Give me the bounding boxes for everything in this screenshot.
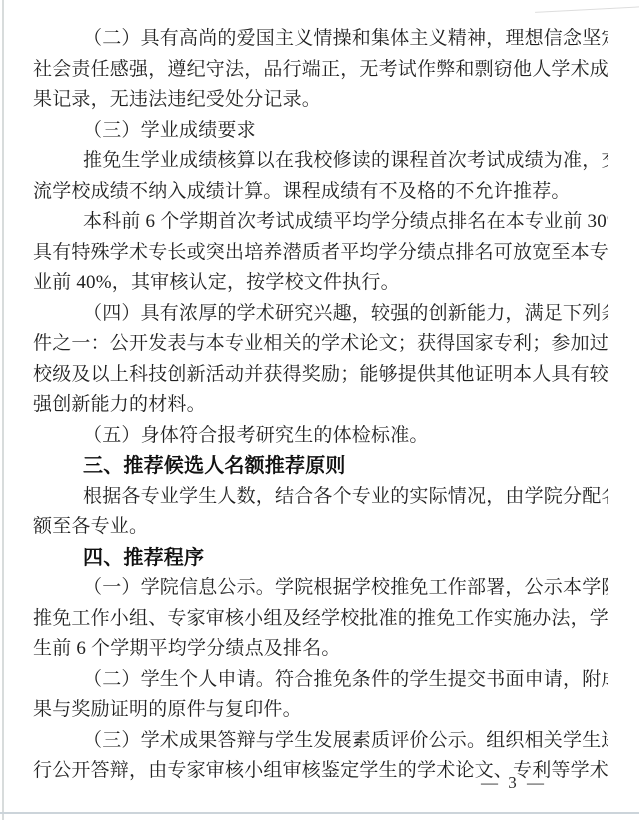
body-line: （一）学院信息公示。学院根据学校推免工作部署，公示本学院: [33, 573, 608, 604]
body-line: 推免工作小组、专家审核小组及经学校批准的推免工作实施办法，学: [33, 604, 608, 635]
scan-top-artifact-line: [535, 6, 639, 13]
page-number: — 3 —: [481, 772, 547, 794]
body-line: 果与奖励证明的原件与复印件。: [33, 695, 608, 726]
body-line: 推免生学业成绩核算以在我校修读的课程首次考试成绩为准，交: [33, 146, 608, 177]
body-line: （五）身体符合报考研究生的体检标准。: [33, 421, 608, 452]
document-page: （二）具有高尚的爱国主义情操和集体主义精神，理想信念坚定， 社会责任感强，遵纪守…: [0, 0, 639, 820]
body-line: 流学校成绩不纳入成绩计算。课程成绩有不及格的不允许推荐。: [33, 177, 608, 208]
body-line: 本科前 6 个学期首次考试成绩平均学分绩点排名在本专业前 30%。: [33, 207, 608, 238]
body-line: 生前 6 个学期平均学分绩点及排名。: [33, 634, 608, 665]
subsection-heading: （三）学业成绩要求: [33, 116, 608, 147]
scan-left-edge-line: [2, 0, 4, 820]
body-line: 业前 40%，其审核认定，按学校文件执行。: [33, 268, 608, 299]
body-line: 额至各专业。: [33, 512, 608, 543]
body-line: 具有特殊学术专长或突出培养潜质者平均学分绩点排名可放宽至本专: [33, 238, 608, 269]
body-line: 根据各专业学生人数，结合各个专业的实际情况，由学院分配名: [33, 482, 608, 513]
body-line: 果记录，无违法违纪受处分记录。: [33, 85, 608, 116]
scan-bottom-rule: [0, 812, 639, 814]
heading-procedure: 四、推荐程序: [33, 543, 608, 574]
body-line: 件之一：公开发表与本专业相关的学术论文；获得国家专利；参加过: [33, 329, 608, 360]
heading-quota-principle: 三、推荐候选人名额推荐原则: [33, 451, 608, 482]
body-line: （二）具有高尚的爱国主义情操和集体主义精神，理想信念坚定，: [33, 24, 608, 55]
body-line: 校级及以上科技创新活动并获得奖励；能够提供其他证明本人具有较: [33, 360, 608, 391]
body-line: （四）具有浓厚的学术研究兴趣，较强的创新能力，满足下列条: [33, 299, 608, 330]
body-line: 社会责任感强，遵纪守法，品行端正，无考试作弊和剽窃他人学术成: [33, 55, 608, 86]
body-line: （三）学术成果答辩与学生发展素质评价公示。组织相关学生进: [33, 726, 608, 757]
document-body: （二）具有高尚的爱国主义情操和集体主义精神，理想信念坚定， 社会责任感强，遵纪守…: [33, 24, 608, 787]
body-line: （二）学生个人申请。符合推免条件的学生提交书面申请，附成: [33, 665, 608, 696]
body-line: 强创新能力的材料。: [33, 390, 608, 421]
